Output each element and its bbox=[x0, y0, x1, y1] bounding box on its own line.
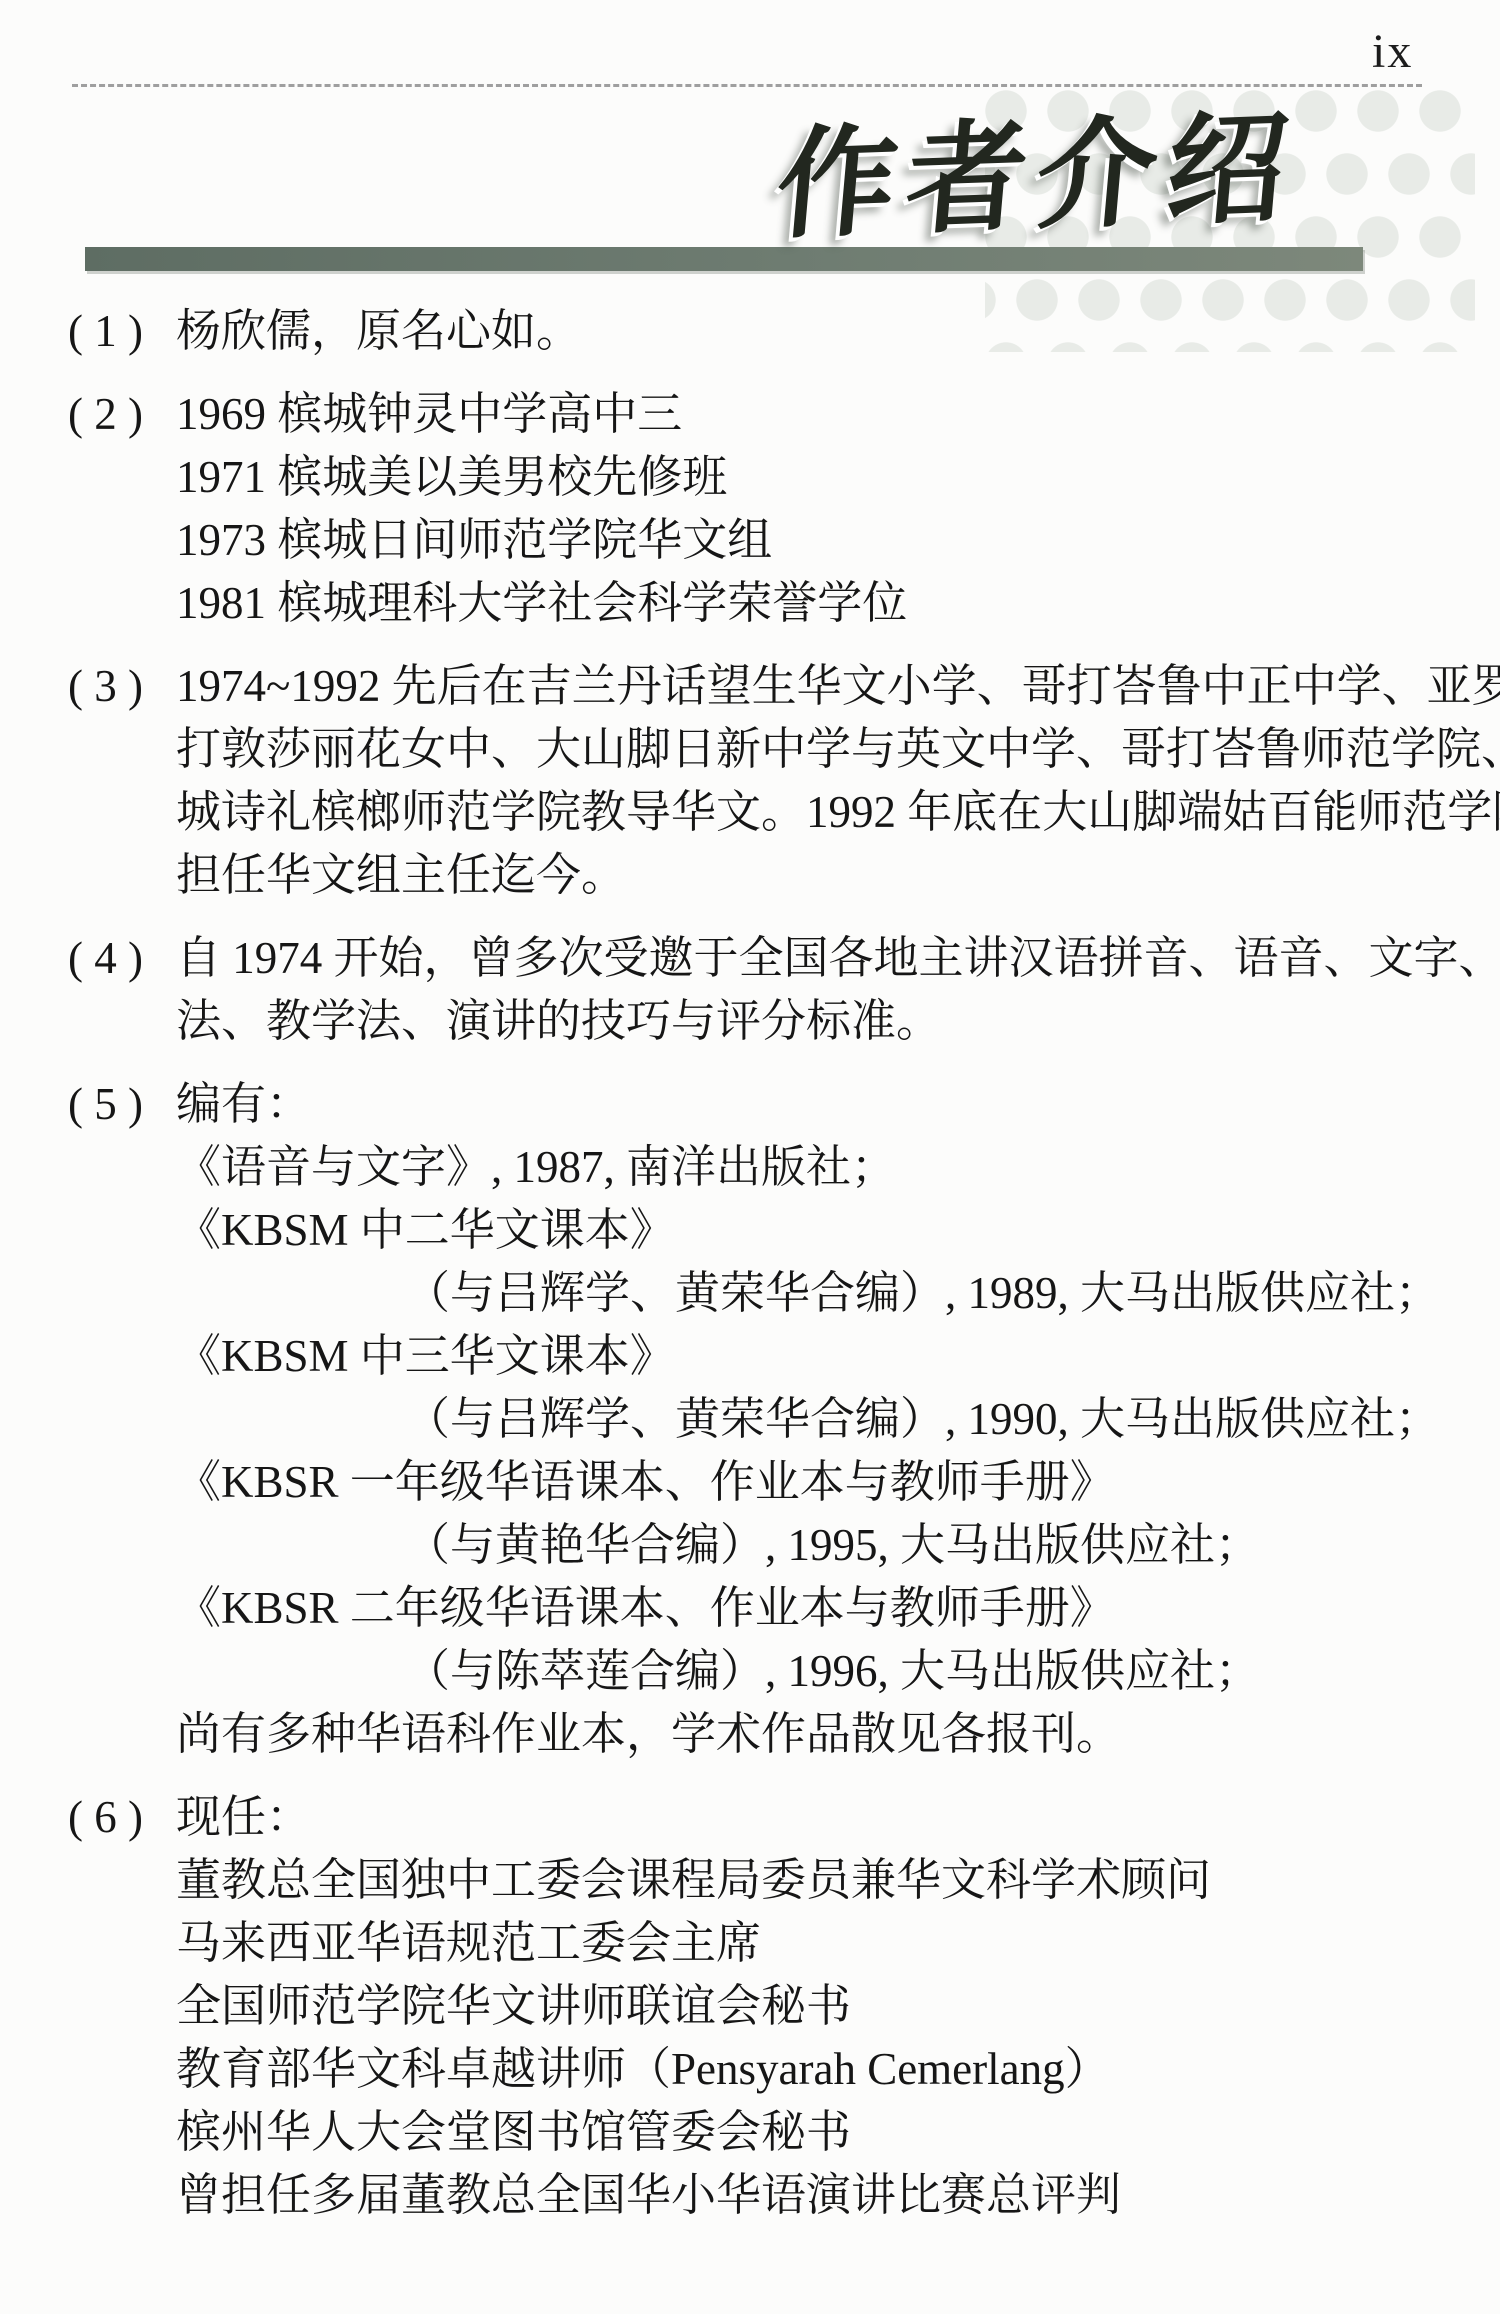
header-dashed-rule bbox=[72, 84, 1422, 87]
item-content: 杨欣儒，原名心如。 bbox=[176, 300, 1468, 363]
text-line: 曾担任多届董教总全国华小华语演讲比赛总评判 bbox=[176, 2164, 1468, 2227]
scanned-book-page: ix 作者介绍 ( 1 ) 杨欣儒，原名心如。 ( 2 ) 1969 槟城钟灵中… bbox=[0, 0, 1500, 2314]
book-title-line: 《KBSR 一年级华语课本、作业本与教师手册》 bbox=[176, 1451, 1468, 1514]
item-content: 自 1974 开始，曾多次受邀于全国各地主讲汉语拼音、语音、文字、语 法、教学法… bbox=[176, 927, 1500, 1053]
text-line: 教育部华文科卓越讲师（Pensyarah Cemerlang） bbox=[176, 2038, 1468, 2101]
book-title-line: 《KBSR 二年级华语课本、作业本与教师手册》 bbox=[176, 1577, 1468, 1640]
author-intro-list: ( 1 ) 杨欣儒，原名心如。 ( 2 ) 1969 槟城钟灵中学高中三 197… bbox=[68, 300, 1468, 2247]
item-number: ( 2 ) bbox=[68, 383, 176, 635]
text-line: 城诗礼槟榔师范学院教导华文。1992 年底在大山脚端姑百能师范学院 bbox=[176, 781, 1500, 844]
page-title: 作者介绍 bbox=[772, 107, 1302, 246]
text-line: 杨欣儒，原名心如。 bbox=[176, 300, 1468, 363]
list-item-3: ( 3 ) 1974~1992 先后在吉兰丹话望生华文小学、哥打峇鲁中正中学、亚… bbox=[68, 655, 1468, 907]
text-line: 打敦莎丽花女中、大山脚日新中学与英文中学、哥打峇鲁师范学院、槟 bbox=[176, 718, 1500, 781]
text-line: 现任： bbox=[176, 1786, 1468, 1849]
page-number: ix bbox=[1372, 28, 1413, 76]
item-content: 1974~1992 先后在吉兰丹话望生华文小学、哥打峇鲁中正中学、亚罗士 打敦莎… bbox=[176, 655, 1500, 907]
text-line: 全国师范学院华文讲师联谊会秘书 bbox=[176, 1975, 1468, 2038]
list-item-4: ( 4 ) 自 1974 开始，曾多次受邀于全国各地主讲汉语拼音、语音、文字、语… bbox=[68, 927, 1468, 1053]
book-title-line: 《KBSM 中三华文课本》 bbox=[176, 1325, 1468, 1388]
item-content: 现任： 董教总全国独中工委会课程局委员兼华文科学术顾问 马来西亚华语规范工委会主… bbox=[176, 1786, 1468, 2227]
text-line: 担任华文组主任迄今。 bbox=[176, 844, 1500, 907]
title-underline-bar bbox=[85, 247, 1363, 271]
list-item-5: ( 5 ) 编有： 《语音与文字》, 1987, 南洋出版社； 《KBSM 中二… bbox=[68, 1073, 1468, 1766]
item-number: ( 1 ) bbox=[68, 300, 176, 363]
text-line: 1969 槟城钟灵中学高中三 bbox=[176, 383, 1468, 446]
list-item-6: ( 6 ) 现任： 董教总全国独中工委会课程局委员兼华文科学术顾问 马来西亚华语… bbox=[68, 1786, 1468, 2227]
text-line: 1973 槟城日间师范学院华文组 bbox=[176, 509, 1468, 572]
book-title-line: 《KBSM 中二华文课本》 bbox=[176, 1199, 1468, 1262]
text-line: 董教总全国独中工委会课程局委员兼华文科学术顾问 bbox=[176, 1849, 1468, 1912]
coauthor-line: （与吕辉学、黄荣华合编）, 1990, 大马出版供应社； bbox=[405, 1388, 1468, 1451]
book-title-line: 《语音与文字》, 1987, 南洋出版社； bbox=[176, 1136, 1468, 1199]
text-line: 自 1974 开始，曾多次受邀于全国各地主讲汉语拼音、语音、文字、语 bbox=[176, 927, 1500, 990]
text-line: 1981 槟城理科大学社会科学荣誉学位 bbox=[176, 572, 1468, 635]
item-content: 编有： 《语音与文字》, 1987, 南洋出版社； 《KBSM 中二华文课本》 … bbox=[176, 1073, 1468, 1766]
text-line: 法、教学法、演讲的技巧与评分标准。 bbox=[176, 990, 1500, 1053]
text-line: 槟州华人大会堂图书馆管委会秘书 bbox=[176, 2101, 1468, 2164]
text-line: 1974~1992 先后在吉兰丹话望生华文小学、哥打峇鲁中正中学、亚罗士 bbox=[176, 655, 1500, 718]
item-number: ( 5 ) bbox=[68, 1073, 176, 1766]
text-line: 尚有多种华语科作业本，学术作品散见各报刊。 bbox=[176, 1703, 1468, 1766]
coauthor-line: （与陈萃莲合编）, 1996, 大马出版供应社； bbox=[405, 1640, 1468, 1703]
list-item-1: ( 1 ) 杨欣儒，原名心如。 bbox=[68, 300, 1468, 363]
item-number: ( 3 ) bbox=[68, 655, 176, 907]
list-item-2: ( 2 ) 1969 槟城钟灵中学高中三 1971 槟城美以美男校先修班 197… bbox=[68, 383, 1468, 635]
item-number: ( 4 ) bbox=[68, 927, 176, 1053]
text-line: 马来西亚华语规范工委会主席 bbox=[176, 1912, 1468, 1975]
item-content: 1969 槟城钟灵中学高中三 1971 槟城美以美男校先修班 1973 槟城日间… bbox=[176, 383, 1468, 635]
text-line: 1971 槟城美以美男校先修班 bbox=[176, 446, 1468, 509]
item-number: ( 6 ) bbox=[68, 1786, 176, 2227]
text-line: 编有： bbox=[176, 1073, 1468, 1136]
coauthor-line: （与吕辉学、黄荣华合编）, 1989, 大马出版供应社； bbox=[405, 1262, 1468, 1325]
coauthor-line: （与黄艳华合编）, 1995, 大马出版供应社； bbox=[405, 1514, 1468, 1577]
